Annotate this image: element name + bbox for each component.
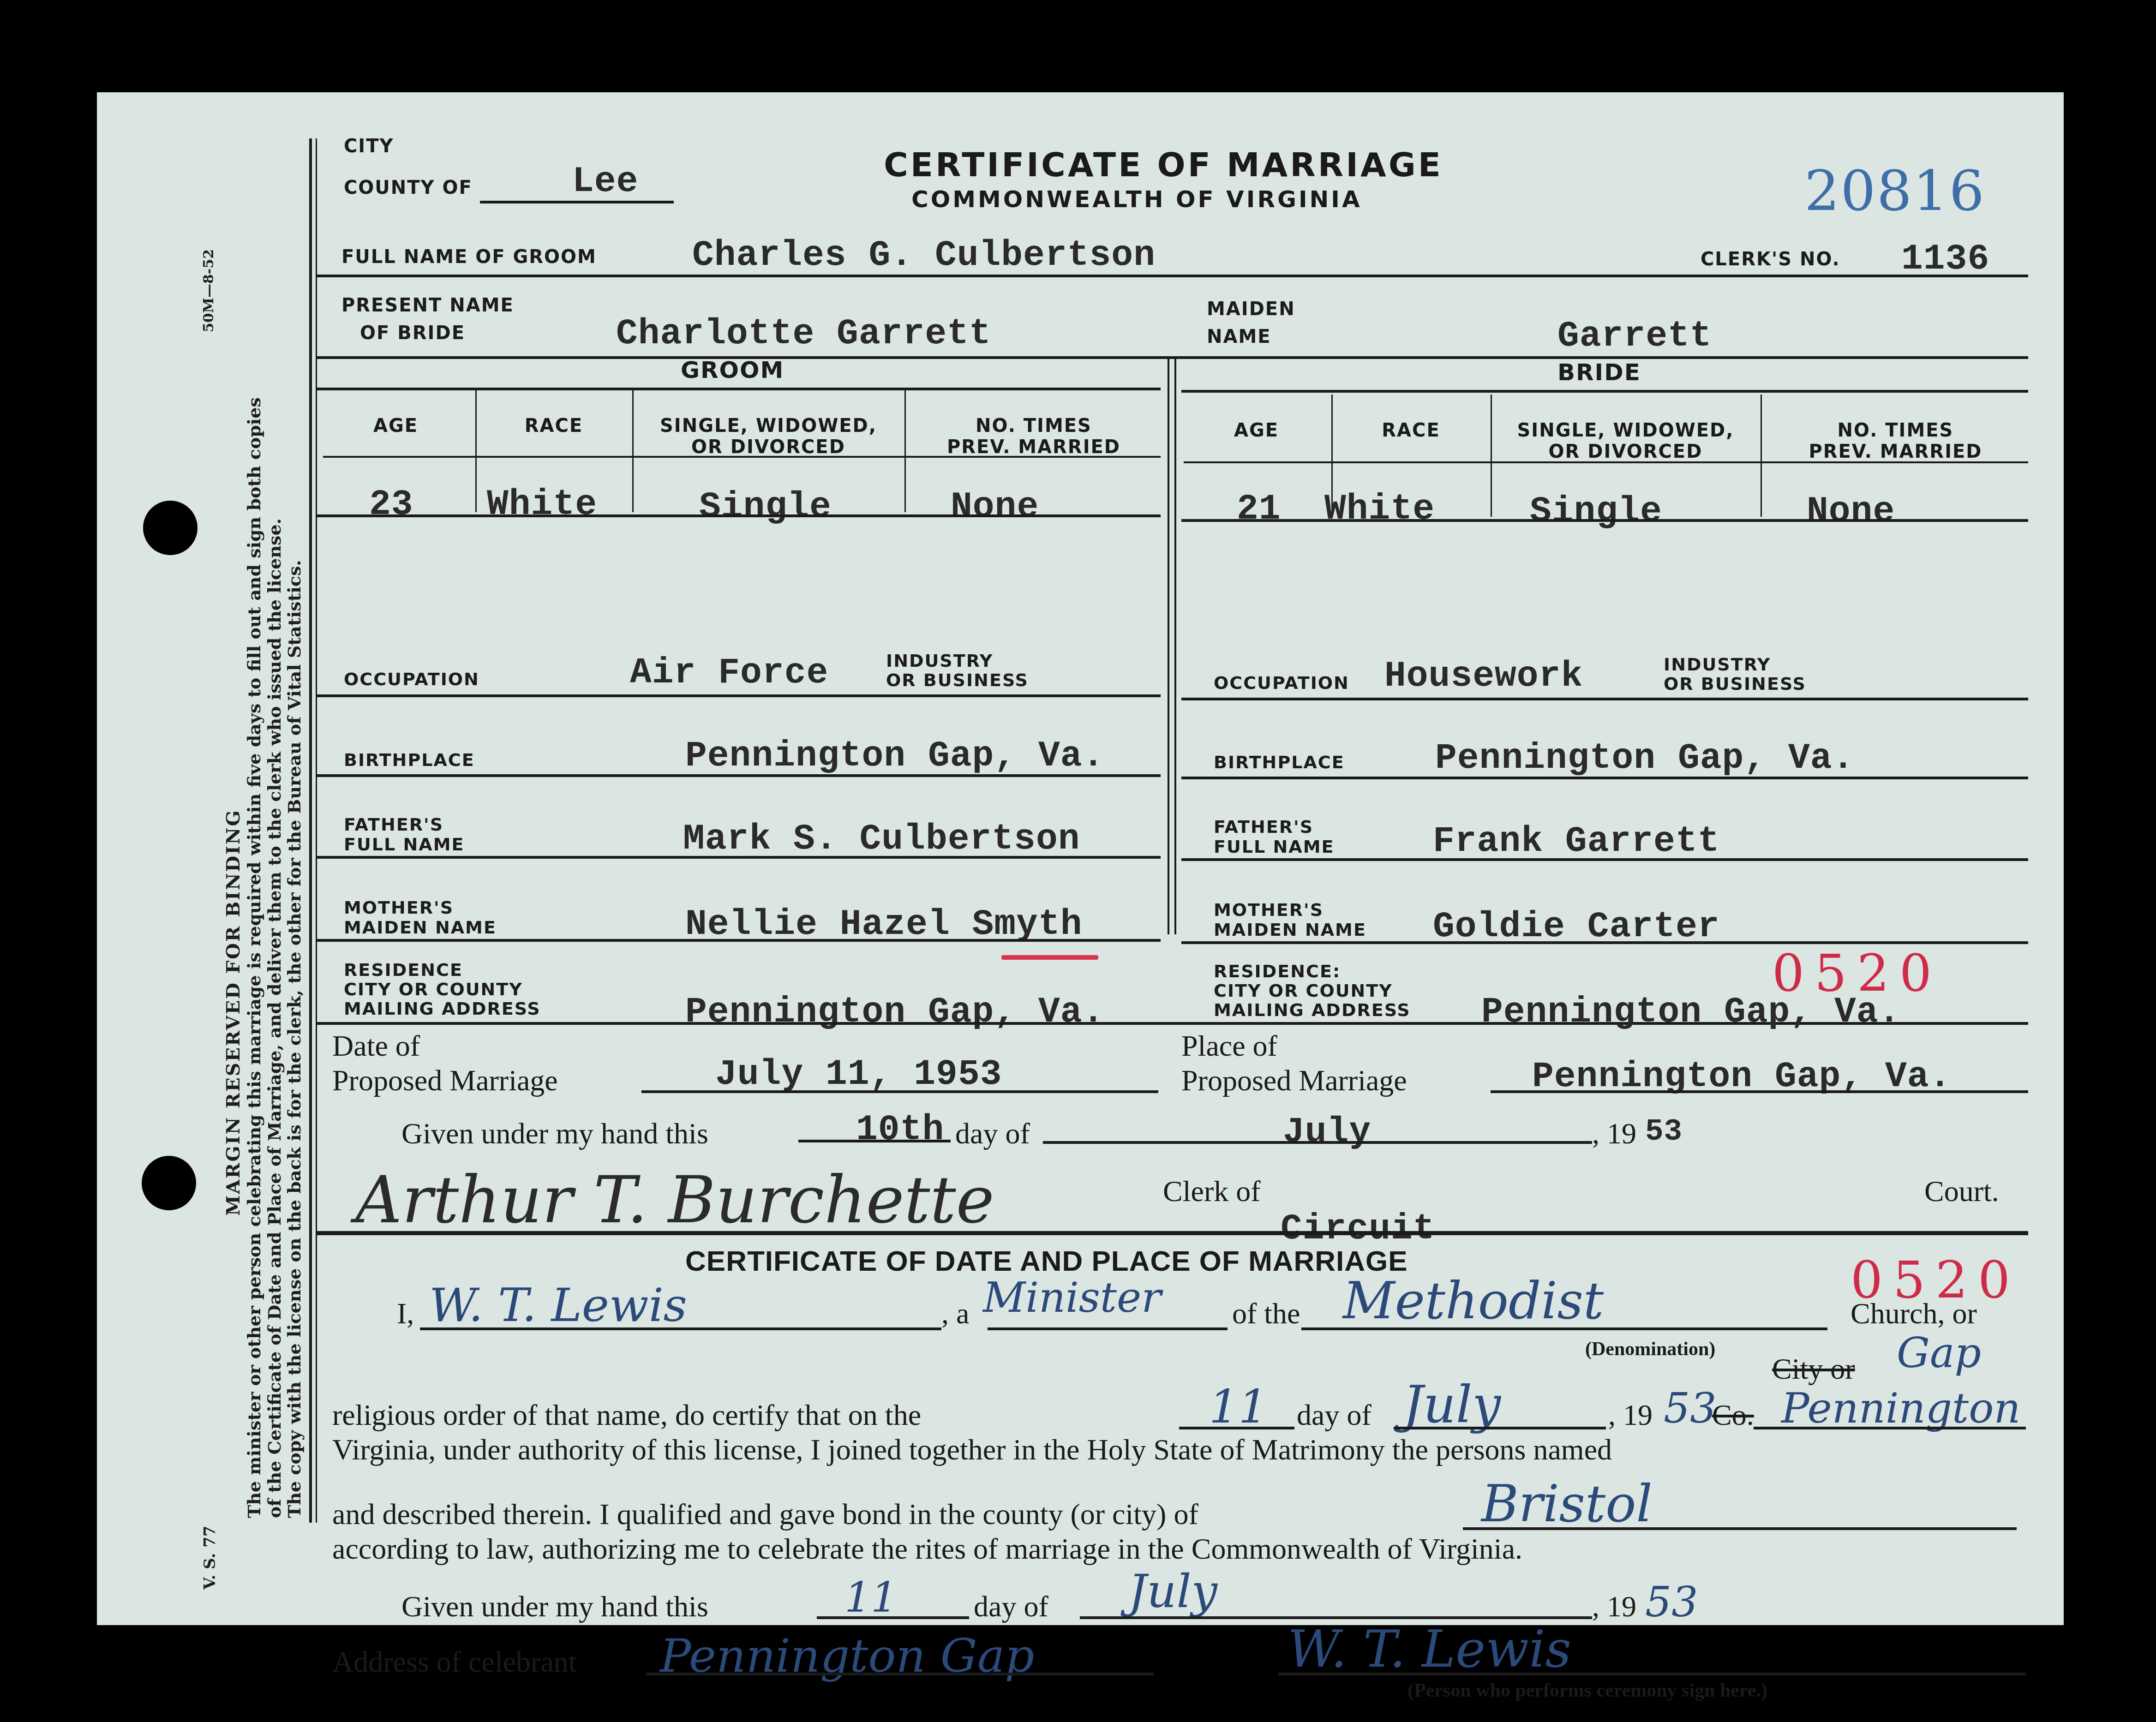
ceremony-title: CERTIFICATE OF DATE AND PLACE OF MARRIAG… [685, 1245, 1408, 1278]
bride-birthplace-rule [1181, 777, 2028, 779]
status-header-line2: OR DIVORCED [691, 436, 845, 458]
ceremony-given-year: 53 [1645, 1578, 1698, 1626]
groom-section-label: GROOM [681, 360, 784, 380]
groom-father-label-2: FULL NAME [344, 834, 464, 855]
ceremony-given-day: 11 [844, 1573, 898, 1622]
groom-father: Mark S. Culbertson [683, 819, 1080, 860]
print-code: 50M—8-52 [201, 249, 217, 332]
groom-residence-label-2: CITY OR COUNTY [344, 979, 523, 999]
groom-residence-label-3: MAILING ADDRESS [344, 999, 541, 1019]
bride-age-header: AGE [1184, 420, 1329, 441]
bond-place: Bristol [1481, 1474, 1653, 1533]
ceremony-given-month: July [1128, 1564, 1217, 1618]
groom-values-rule [316, 514, 1161, 517]
maiden-label: MAIDEN [1207, 299, 1295, 319]
groom-times-header: NO. TIMESPREV. MARRIED [907, 415, 1161, 458]
celebrant-address-rule [646, 1673, 1154, 1675]
bride-present-label-2: OF BRIDE [360, 323, 465, 343]
ceremony-a-label: , a [941, 1297, 969, 1331]
bride-residence-label: RESIDENCE: [1214, 961, 1341, 981]
ceremony-given-month-rule [1080, 1616, 1592, 1619]
date-label-2: Proposed Marriage [332, 1064, 558, 1098]
city-or-value: Gap [1897, 1329, 1981, 1377]
bride-race-header: RACE [1334, 420, 1488, 441]
groom-status-header: SINGLE, WIDOWED,OR DIVORCED [635, 415, 902, 458]
ceremony-county-value: Pennington [1781, 1384, 2020, 1433]
groom-father-label: FATHER'S [344, 814, 443, 835]
county-underline [480, 201, 674, 203]
groom-birthplace-rule [316, 774, 1161, 777]
license-month-rule [1043, 1141, 1592, 1144]
form-code: V. S. 77 [201, 1526, 219, 1590]
place-label-2: Proposed Marriage [1181, 1064, 1407, 1098]
bride-col-divider-3 [1761, 395, 1762, 517]
proposed-date-value: July 11, 1953 [715, 1054, 1002, 1095]
groom-industry-label-2: OR BUSINESS [886, 670, 1029, 690]
times-header-line1: NO. TIMES [1838, 420, 1954, 441]
groom-mother-label: MOTHER'S [344, 897, 454, 918]
ceremony-line-3: and described therein. I qualified and g… [332, 1497, 1198, 1531]
ceremony-county-rule [1754, 1427, 2026, 1429]
bride-industry-label: INDUSTRY [1664, 654, 1771, 675]
co-label-struck: Co. [1712, 1398, 1754, 1432]
groom-section-rule [316, 388, 1161, 390]
bride-birthplace: Pennington Gap, Va. [1435, 738, 1854, 779]
celebrant-address-label: Address of celebrant [332, 1645, 577, 1679]
margin-heading: MARGIN RESERVED FOR BINDING [222, 809, 244, 1216]
times-header-line2: PREV. MARRIED [947, 436, 1120, 458]
groom-residence-label: RESIDENCE [344, 960, 463, 980]
clerk-no-label: CLERK'S NO. [1701, 249, 1840, 269]
ceremony-day-of: day of [1297, 1398, 1371, 1432]
ceremony-month: July [1403, 1375, 1501, 1434]
celebrant-role: Minister [983, 1274, 1161, 1322]
certificate-number-stamp: 20816 [1804, 159, 1985, 223]
groom-race-header: RACE [478, 415, 630, 436]
bride-values-rule [1181, 519, 2028, 522]
court-type: Circuit [1281, 1209, 1435, 1250]
celebrant-signature-rule [1278, 1673, 2026, 1675]
ceremony-given-day-rule [817, 1616, 969, 1619]
ceremony-given-day-of: day of [974, 1590, 1048, 1624]
bride-section-rule [1181, 390, 2028, 393]
denomination-rule [1301, 1327, 1827, 1330]
groom-name-underline [316, 275, 2028, 277]
ceremony-line-4: according to law, authorizing me to cele… [332, 1532, 1522, 1566]
bride-mother-label-2: MAIDEN NAME [1214, 920, 1366, 940]
church-or-label: Church, or [1851, 1297, 1977, 1331]
center-divider-inner [1174, 358, 1176, 934]
license-end-rule [316, 1231, 2028, 1235]
status-header-line2: OR DIVORCED [1549, 441, 1703, 462]
ceremony-line-1: religious order of that name, do certify… [332, 1398, 921, 1432]
groom-occupation-label: OCCUPATION [344, 669, 479, 689]
signature-caption: (Person who performs ceremony sign here.… [1407, 1680, 1767, 1702]
clerk-no-value: 1136 [1901, 239, 1989, 280]
groom-col-divider-1 [475, 390, 477, 512]
bride-age: 21 [1237, 489, 1281, 530]
bride-residence-label-3: MAILING ADDRESS [1214, 1000, 1411, 1020]
proposed-date-rule [641, 1090, 1158, 1093]
red-pencil-mark [1001, 955, 1098, 960]
bride-status: Single [1530, 491, 1662, 532]
groom-times-married: None [951, 487, 1039, 527]
marriage-certificate: 50M—8-52 V. S. 77 MARGIN RESERVED FOR BI… [97, 92, 2064, 1625]
ceremony-given-prefix: Given under my hand this [401, 1590, 708, 1624]
groom-birthplace-label: BIRTHPLACE [344, 750, 475, 770]
bride-occupation-rule [1181, 698, 2028, 700]
bride-industry-label-2: OR BUSINESS [1664, 674, 1806, 694]
bride-mother-label: MOTHER'S [1214, 900, 1324, 920]
ceremony-given-year-prefix: , 19 [1592, 1590, 1636, 1624]
date-label: Date of [332, 1029, 420, 1063]
groom-age-header: AGE [318, 415, 473, 436]
county-label: COUNTY OF [344, 178, 473, 198]
groom-father-rule [316, 856, 1161, 859]
maiden-label-2: NAME [1207, 327, 1271, 347]
bride-occupation: Housework [1384, 656, 1583, 697]
celebrant-signature: W. T. Lewis [1288, 1620, 1571, 1679]
celebrant-name: W. T. Lewis [429, 1278, 687, 1332]
bride-name-underline [316, 356, 2028, 359]
groom-industry-label: INDUSTRY [886, 651, 993, 671]
ceremony-i-label: I, [397, 1297, 414, 1331]
left-border [309, 138, 312, 1523]
city-label: CITY [344, 136, 394, 156]
celebrant-role-rule [988, 1327, 1228, 1330]
denomination-value: Methodist [1343, 1271, 1604, 1330]
groom-occupation-rule [316, 694, 1161, 697]
groom-residence: Pennington Gap, Va. [685, 992, 1104, 1033]
ceremony-year-prefix: , 19 [1608, 1398, 1653, 1432]
groom-race: White [487, 484, 597, 525]
license-year-prefix: , 19 [1592, 1117, 1636, 1151]
groom-col-divider-3 [904, 390, 906, 512]
ceremony-month-rule [1394, 1427, 1606, 1429]
clerk-signature: Arthur T. Burchette [355, 1163, 994, 1238]
ceremony-day: 11 [1209, 1380, 1268, 1434]
ceremony-line-2: Virginia, under authority of this licens… [332, 1433, 1612, 1467]
margin-instruction-3: The copy with the license on the back is… [284, 560, 305, 1518]
margin-instruction-1: The minister or other person celebrating… [244, 397, 264, 1518]
bride-present-label: PRESENT NAME [341, 295, 514, 316]
groom-mother-rule [316, 939, 1161, 942]
red-stamp-number-top: 0520 [1772, 944, 1942, 1003]
margin-instruction-2: of the Certificate of Date and Place of … [264, 518, 285, 1518]
bond-place-rule [1463, 1527, 2017, 1530]
groom-occupation: Air Force [630, 653, 828, 694]
bride-father-label-2: FULL NAME [1214, 837, 1334, 857]
groom-mother-label-2: MAIDEN NAME [344, 917, 497, 938]
bride-status-header: SINGLE, WIDOWED,OR DIVORCED [1493, 420, 1758, 462]
ceremony-day-rule [1179, 1427, 1294, 1429]
times-header-line1: NO. TIMES [976, 415, 1092, 436]
bride-section-label: BRIDE [1557, 362, 1641, 383]
ceremony-of-the: of the [1232, 1297, 1300, 1331]
maiden-value: Garrett [1557, 316, 1712, 357]
license-given-day: 10th [856, 1110, 944, 1150]
license-given-prefix: Given under my hand this [401, 1117, 708, 1151]
times-header-line2: PREV. MARRIED [1809, 441, 1982, 462]
groom-col-divider-2 [632, 390, 634, 512]
place-label: Place of [1181, 1029, 1277, 1063]
bride-times-married: None [1807, 491, 1895, 532]
bride-father-rule [1181, 858, 2028, 861]
groom-header-rule [323, 456, 1161, 458]
bride-header-rule [1184, 461, 2028, 463]
license-day-rule [798, 1140, 951, 1142]
city-or-label-struck: City or [1772, 1352, 1855, 1386]
denomination-caption: (Denomination) [1585, 1338, 1715, 1360]
groom-name-value: Charles G. Culbertson [692, 235, 1156, 276]
bride-father: Frank Garrett [1433, 821, 1720, 862]
left-border-inner [316, 138, 317, 1523]
bride-times-header: NO. TIMESPREV. MARRIED [1763, 420, 2028, 462]
bride-occupation-label: OCCUPATION [1214, 673, 1349, 693]
groom-name-label: FULL NAME OF GROOM [341, 247, 597, 267]
center-divider [1168, 358, 1169, 934]
bride-race: White [1324, 489, 1435, 530]
bride-father-label: FATHER'S [1214, 817, 1313, 837]
license-day-of: day of [955, 1117, 1030, 1151]
license-given-year: 53 [1645, 1114, 1683, 1149]
celebrant-name-rule [420, 1327, 941, 1330]
license-given-month: July [1283, 1112, 1371, 1153]
document-subtitle: COMMONWEALTH OF VIRGINIA [911, 186, 1362, 213]
status-header-line1: SINGLE, WIDOWED, [1517, 420, 1734, 441]
clerk-of-label: Clerk of [1163, 1174, 1261, 1208]
groom-birthplace: Pennington Gap, Va. [685, 736, 1104, 777]
court-label: Court. [1924, 1174, 1999, 1208]
document-title: CERTIFICATE OF MARRIAGE [884, 145, 1443, 184]
county-value: Lee [572, 161, 638, 202]
binding-hole-top [143, 501, 198, 555]
bride-birthplace-label: BIRTHPLACE [1214, 752, 1345, 772]
proposed-place-rule [1491, 1090, 2028, 1093]
groom-age: 23 [369, 484, 413, 525]
groom-status: Single [699, 487, 832, 527]
bride-col-divider-2 [1491, 395, 1492, 517]
status-header-line1: SINGLE, WIDOWED, [660, 415, 877, 436]
binding-hole-bottom [142, 1156, 196, 1210]
ceremony-year: 53 [1664, 1384, 1717, 1433]
bride-residence-label-2: CITY OR COUNTY [1214, 981, 1393, 1001]
bride-present-value: Charlotte Garrett [616, 314, 991, 354]
